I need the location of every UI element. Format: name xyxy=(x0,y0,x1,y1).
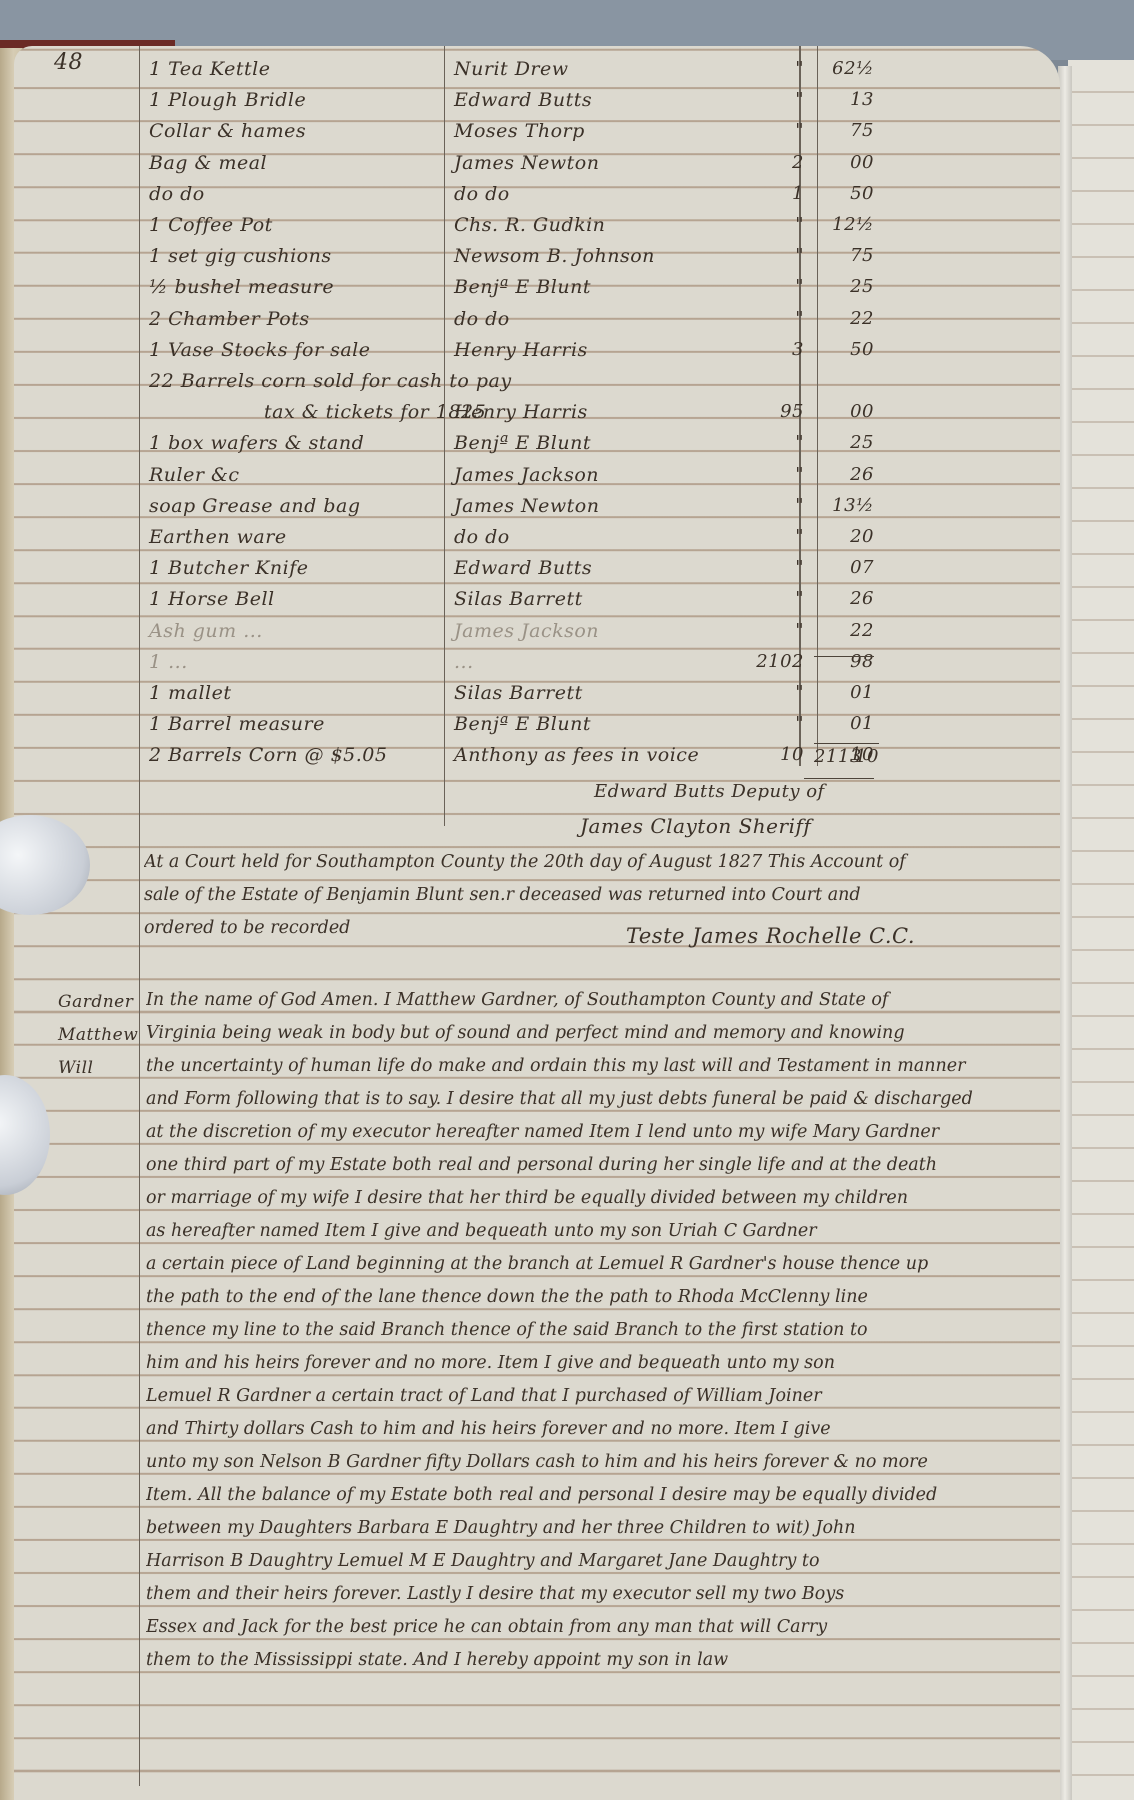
ledger-cents: 62½ xyxy=(819,58,874,79)
ledger-dollars: " xyxy=(754,620,804,641)
ledger-dollars: " xyxy=(754,495,804,516)
ledger-buyer: Henry Harris xyxy=(454,339,588,361)
ledger-cents: 13 xyxy=(819,89,874,110)
ledger-cents: 25 xyxy=(819,432,874,453)
will-text-line: and Form following that is to say. I des… xyxy=(146,1083,1046,1116)
ledger-dollars: " xyxy=(754,526,804,547)
ledger-cents: 26 xyxy=(819,588,874,609)
ledger-item: Ruler &c xyxy=(149,464,240,486)
ledger-buyer: ... xyxy=(454,651,474,673)
ledger-item: tax & tickets for 1825 xyxy=(264,401,486,423)
ledger-cents: 50 xyxy=(819,183,874,204)
will-text-line: unto my son Nelson B Gardner fifty Dolla… xyxy=(146,1446,1046,1479)
ledger-cents: 75 xyxy=(819,120,874,141)
ledger-item: 1 mallet xyxy=(149,682,232,704)
ledger-dollars: " xyxy=(754,713,804,734)
ledger-item: ½ bushel measure xyxy=(149,276,334,298)
ledger-item: 1 Horse Bell xyxy=(149,588,275,610)
facing-page xyxy=(1068,60,1134,1800)
ledger-dollars: " xyxy=(754,682,804,703)
column-rule-buyer xyxy=(444,46,445,826)
will-text-line: at the discretion of my executor hereaft… xyxy=(146,1116,1046,1149)
will-text-line: between my Daughters Barbara E Daughtry … xyxy=(146,1512,1046,1545)
margin-rule xyxy=(139,46,140,1786)
ledger-item: 1 Plough Bridle xyxy=(149,89,306,111)
ledger-dollars: 2102 xyxy=(754,651,804,672)
ledger-cents: 07 xyxy=(819,557,874,578)
ledger-buyer: do do xyxy=(454,526,510,548)
ledger-dollars: " xyxy=(754,308,804,329)
ledger-item: 1 box wafers & stand xyxy=(149,432,364,454)
will-text-line: a certain piece of Land beginning at the… xyxy=(146,1248,1046,1281)
ledger-dollars: " xyxy=(754,276,804,297)
ledger-item: 1 Coffee Pot xyxy=(149,214,273,236)
ledger-cents: 12½ xyxy=(819,214,874,235)
ledger-item: 1 Barrel measure xyxy=(149,713,325,735)
ledger-page: 48 1 Tea KettleNurit Drew"62½1 Plough Br… xyxy=(14,46,1060,1800)
ledger-cents: 00 xyxy=(819,401,874,422)
margin-note: Gardner Matthew Will xyxy=(58,986,138,1085)
margin-note-line: Will xyxy=(58,1052,138,1085)
ledger-dollars: " xyxy=(754,464,804,485)
ledger-buyer: James Jackson xyxy=(454,620,599,642)
ledger-dollars: " xyxy=(754,245,804,266)
will-text-line: the path to the end of the lane thence d… xyxy=(146,1281,1046,1314)
ledger-buyer: Nurit Drew xyxy=(454,58,569,80)
will-text-line: them to the Mississippi state. And I her… xyxy=(146,1644,1046,1677)
ledger-item: Bag & meal xyxy=(149,152,267,174)
ledger-buyer: Anthony as fees in voice xyxy=(454,744,699,766)
ledger-cents: 26 xyxy=(819,464,874,485)
ledger-cents: 01 xyxy=(819,713,874,734)
will-text-line: Harrison B Daughtry Lemuel M E Daughtry … xyxy=(146,1545,1046,1578)
will-text-line: Item. All the balance of my Estate both … xyxy=(146,1479,1046,1512)
page-gutter xyxy=(1058,66,1072,1800)
ledger-buyer: Edward Butts xyxy=(454,89,592,111)
total-cents: 10 xyxy=(849,746,879,767)
ledger-buyer: James Newton xyxy=(454,152,599,174)
signature-sheriff: James Clayton Sheriff xyxy=(580,814,811,838)
ledger-buyer: do do xyxy=(454,183,510,205)
ledger-buyer: Chs. R. Gudkin xyxy=(454,214,605,236)
ledger-cents: 75 xyxy=(819,245,874,266)
ledger-buyer: Silas Barrett xyxy=(454,682,583,704)
ledger-item: Collar & hames xyxy=(149,120,306,142)
total-underline xyxy=(804,778,874,779)
ledger-dollars: 1 xyxy=(754,183,804,204)
ledger-buyer: Benjª E Blunt xyxy=(454,713,591,735)
ledger-dollars: 2 xyxy=(754,152,804,173)
ledger-cents: 22 xyxy=(819,308,874,329)
margin-note-line: Matthew xyxy=(58,1019,138,1052)
will-text-line: one third part of my Estate both real an… xyxy=(146,1149,1046,1182)
will-text-line: Essex and Jack for the best price he can… xyxy=(146,1611,1046,1644)
ledger-buyer: Moses Thorp xyxy=(454,120,585,142)
ledger-buyer: Henry Harris xyxy=(454,401,588,423)
will-text-line: him and his heirs forever and no more. I… xyxy=(146,1347,1046,1380)
ledger-buyer: Newsom B. Johnson xyxy=(454,245,655,267)
ledger-item: Ash gum ... xyxy=(149,620,263,642)
ledger-dollars: " xyxy=(754,588,804,609)
ledger-cents: 22 xyxy=(819,620,874,641)
attest-signature: Teste James Rochelle C.C. xyxy=(626,924,915,948)
ledger-item: 2 Barrels Corn @ $5.05 xyxy=(149,744,387,766)
will-text-line: Lemuel R Gardner a certain tract of Land… xyxy=(146,1380,1046,1413)
ledger-buyer: James Newton xyxy=(454,495,599,517)
total-dollars: 2113 xyxy=(814,746,849,767)
total-rule xyxy=(814,743,879,744)
ledger-buyer: James Jackson xyxy=(454,464,599,486)
ledger-dollars: " xyxy=(754,58,804,79)
column-rule-amount-inner xyxy=(817,46,818,766)
will-text-line: or marriage of my wife I desire that her… xyxy=(146,1182,1046,1215)
ledger-buyer: Silas Barrett xyxy=(454,588,583,610)
ledger-dollars: 95 xyxy=(754,401,804,422)
ledger-item: soap Grease and bag xyxy=(149,495,361,517)
ledger-buyer: do do xyxy=(454,308,510,330)
ledger-item: do do xyxy=(149,183,205,205)
ledger-item: 2 Chamber Pots xyxy=(149,308,310,330)
page-number: 48 xyxy=(54,50,83,75)
ledger-dollars: " xyxy=(754,214,804,235)
will-text-line: In the name of God Amen. I Matthew Gardn… xyxy=(146,984,1046,1017)
ledger-dollars: " xyxy=(754,432,804,453)
will-text-line: thence my line to the said Branch thence… xyxy=(146,1314,1046,1347)
ledger-cents: 50 xyxy=(819,339,874,360)
ledger-item: Earthen ware xyxy=(149,526,287,548)
will-text-line: and Thirty dollars Cash to him and his h… xyxy=(146,1413,1046,1446)
ledger-item: 1 Tea Kettle xyxy=(149,58,270,80)
ledger-item: 22 Barrels corn sold for cash to pay xyxy=(149,370,512,392)
will-text-line: the uncertainty of human life do make an… xyxy=(146,1050,1046,1083)
will-text-line: them and their heirs forever. Lastly I d… xyxy=(146,1578,1046,1611)
ledger-item: 1 set gig cushions xyxy=(149,245,332,267)
ledger-buyer: Benjª E Blunt xyxy=(454,276,591,298)
ledger-dollars: " xyxy=(754,557,804,578)
will-text: In the name of God Amen. I Matthew Gardn… xyxy=(146,984,1046,1677)
ledger-cents: 13½ xyxy=(819,495,874,516)
ledger-item: 1 Vase Stocks for sale xyxy=(149,339,371,361)
ledger-cents: 00 xyxy=(819,152,874,173)
will-text-line: as hereafter named Item I give and beque… xyxy=(146,1215,1046,1248)
ledger-item: 1 Butcher Knife xyxy=(149,557,309,579)
ledger-item: 1 ... xyxy=(149,651,188,673)
ledger-cents: 01 xyxy=(819,682,874,703)
ledger-dollars: 10 xyxy=(754,744,804,765)
court-record-line: sale of the Estate of Benjamin Blunt sen… xyxy=(144,879,1044,912)
ledger-cents: 98 xyxy=(819,651,874,672)
ledger-buyer: Edward Butts xyxy=(454,557,592,579)
margin-note-line: Gardner xyxy=(58,986,138,1019)
ledger-cents: 25 xyxy=(819,276,874,297)
ledger-dollars: 3 xyxy=(754,339,804,360)
will-text-line: Virginia being weak in body but of sound… xyxy=(146,1017,1046,1050)
signature-deputy: Edward Butts Deputy of xyxy=(594,781,825,802)
ledger-cents: 20 xyxy=(819,526,874,547)
ledger-buyer: Benjª E Blunt xyxy=(454,432,591,454)
subtotal-rule xyxy=(814,656,874,657)
court-record-line: At a Court held for Southampton County t… xyxy=(144,846,1044,879)
ledger-dollars: " xyxy=(754,120,804,141)
ledger-dollars: " xyxy=(754,89,804,110)
